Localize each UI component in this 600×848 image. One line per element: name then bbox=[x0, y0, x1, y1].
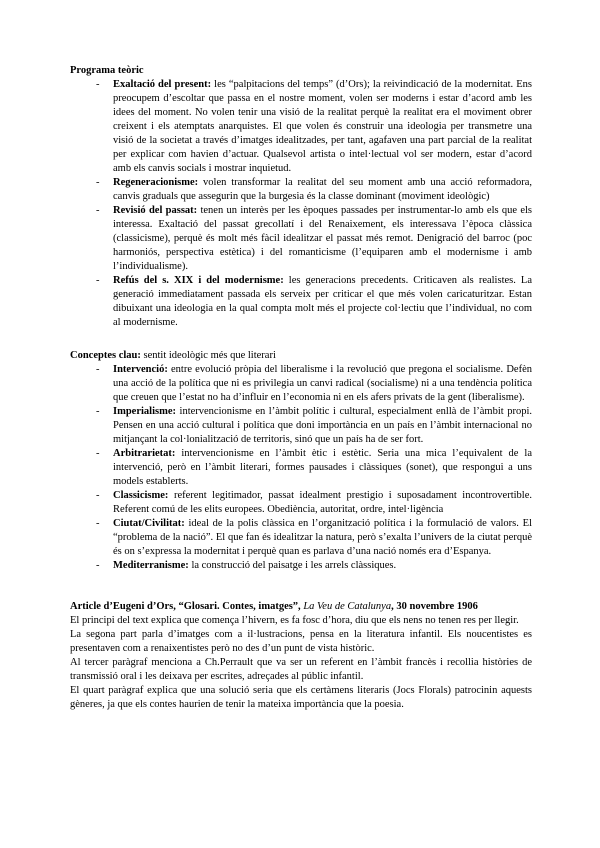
bullet-text: referent legitimador, passat idealment p… bbox=[113, 490, 532, 515]
section-article: Article d’Eugeni d’Ors, “Glosari. Contes… bbox=[70, 600, 532, 712]
term-label: Revisió del passat: bbox=[113, 205, 197, 216]
programa-bullet-list: Exaltació del present: les “palpitacions… bbox=[70, 78, 532, 330]
list-item: Intervenció: entre evolució pròpia del l… bbox=[70, 363, 532, 405]
article-heading: Article d’Eugeni d’Ors, “Glosari. Contes… bbox=[70, 600, 532, 614]
bullet-text: entre evolució pròpia del liberalisme i … bbox=[113, 364, 532, 403]
section-programa-teoric: Programa teòric Exaltació del present: l… bbox=[70, 64, 532, 330]
article-heading-part2: , 30 novembre 1906 bbox=[391, 601, 478, 612]
list-item: Imperialisme: intervencionisme en l’àmbi… bbox=[70, 405, 532, 447]
term-label: Arbitrarietat: bbox=[113, 448, 175, 459]
section-title-rest: sentit ideològic més que literari bbox=[141, 350, 276, 361]
article-journal-name: La Veu de Catalunya bbox=[303, 601, 391, 612]
list-item: Refús del s. XIX i del modernisme: les g… bbox=[70, 274, 532, 330]
paragraph: Al tercer paràgraf menciona a Ch.Perraul… bbox=[70, 656, 532, 684]
term-label: Exaltació del present: bbox=[113, 79, 211, 90]
term-label: Regeneracionisme: bbox=[113, 177, 198, 188]
section-title-bold: Conceptes clau: bbox=[70, 350, 141, 361]
bullet-text: intervencionisme en l’àmbit ètic i estèt… bbox=[113, 448, 532, 487]
term-label: Ciutat/Civilitat: bbox=[113, 518, 185, 529]
list-item: Exaltació del present: les “palpitacions… bbox=[70, 78, 532, 176]
bullet-text: les “palpitacions del temps” (d’Ors); la… bbox=[113, 79, 532, 174]
document-page: Programa teòric Exaltació del present: l… bbox=[0, 0, 600, 848]
term-label: Mediterranisme: bbox=[113, 560, 189, 571]
list-item: Mediterranisme: la construcció del paisa… bbox=[70, 559, 532, 573]
term-label: Imperialisme: bbox=[113, 406, 176, 417]
list-item: Ciutat/Civilitat: ideal de la polis clàs… bbox=[70, 517, 532, 559]
term-label: Intervenció: bbox=[113, 364, 168, 375]
term-label: Refús del s. XIX i del modernisme: bbox=[113, 275, 284, 286]
paragraph: El principi del text explica que comença… bbox=[70, 614, 532, 628]
list-item: Regeneracionisme: volen transformar la r… bbox=[70, 176, 532, 204]
list-item: Classicisme: referent legitimador, passa… bbox=[70, 489, 532, 517]
list-item: Arbitrarietat: intervencionisme en l’àmb… bbox=[70, 447, 532, 489]
section-conceptes-clau: Conceptes clau: sentit ideològic més que… bbox=[70, 349, 532, 573]
article-heading-part1: Article d’Eugeni d’Ors, “Glosari. Contes… bbox=[70, 601, 303, 612]
bullet-text: la construcció del paisatge i les arrels… bbox=[189, 560, 396, 571]
term-label: Classicisme: bbox=[113, 490, 168, 501]
conceptes-bullet-list: Intervenció: entre evolució pròpia del l… bbox=[70, 363, 532, 573]
bullet-text: intervencionisme en l’àmbit polític i cu… bbox=[113, 406, 532, 445]
section-title-conceptes: Conceptes clau: sentit ideològic més que… bbox=[70, 349, 532, 363]
section-title-programa: Programa teòric bbox=[70, 64, 532, 78]
list-item: Revisió del passat: tenen un interès per… bbox=[70, 204, 532, 274]
paragraph: El quart paràgraf explica que una soluci… bbox=[70, 684, 532, 712]
paragraph: La segona part parla d’imatges com a il·… bbox=[70, 628, 532, 656]
